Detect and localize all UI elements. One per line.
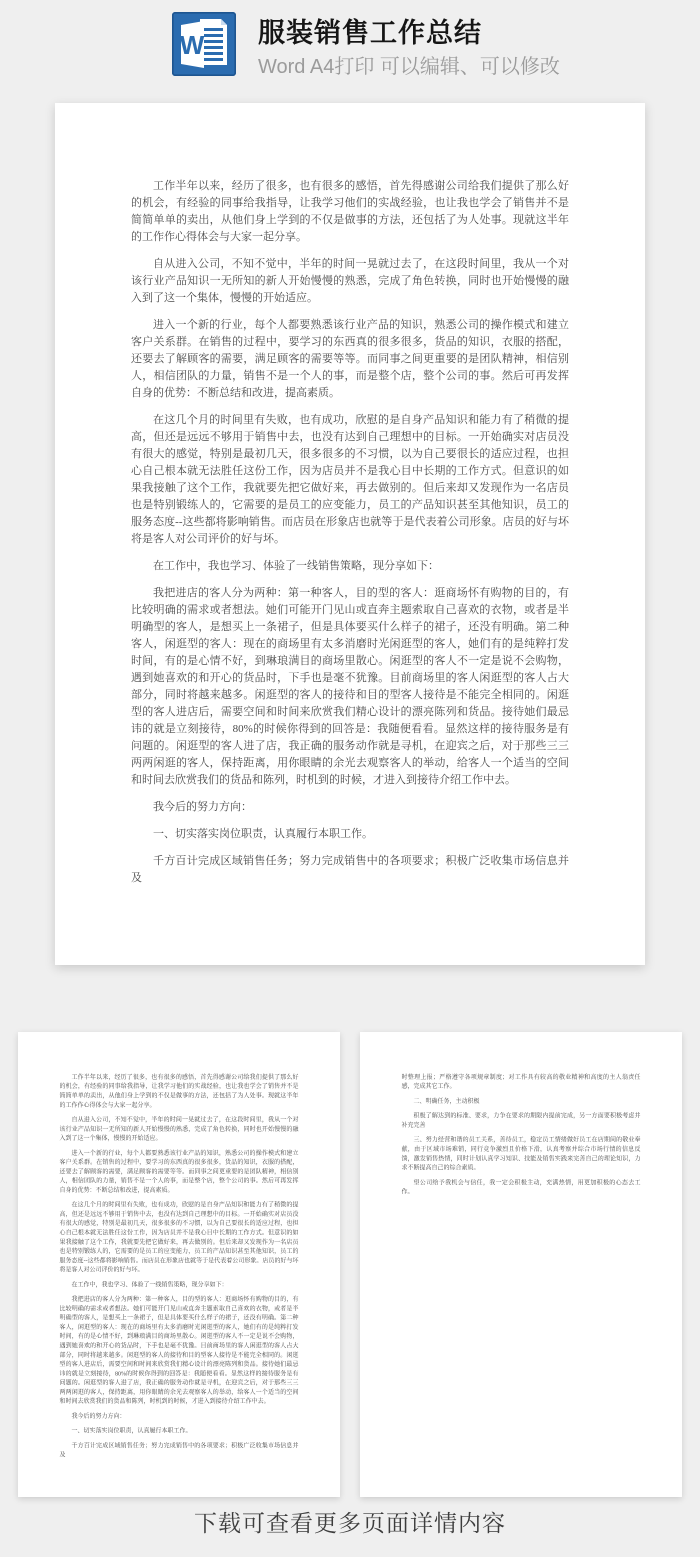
thumbnail-page-2-inner: 时整理上报；严格遵守各项规章制度；对工作具有较高的敬业精神和高度的主人翁责任感，… xyxy=(360,1032,682,1224)
word-icon-letter: W xyxy=(180,30,205,60)
doc-paragraph: 在工作中，我也学习、体验了一线销售策略，现分享如下： xyxy=(59,1280,298,1289)
doc-paragraph: 自从进入公司，不知不觉中，半年的时间一晃就过去了，在这段时间里，我从一个对该行业… xyxy=(59,1116,298,1144)
document-subtitle: Word A4打印 可以编辑、可以修改 xyxy=(258,55,560,79)
doc-paragraph: 二、明确任务，主动积极 xyxy=(401,1097,640,1106)
doc-paragraph: 自从进入公司，不知不觉中，半年的时间一晃就过去了，在这段时间里，我从一个对该行业… xyxy=(131,256,569,307)
footer-note: 下载可查看更多页面详情内容 xyxy=(0,1508,700,1538)
thumbnail-page-1-content: 工作半年以来，经历了很多，也有很多的感悟，首先得感谢公司给我们提供了那么好的机会… xyxy=(18,1032,340,1487)
doc-paragraph: 积极了解达到的标准、要求，力争在要求的期限内提前完成，另一方面要积极考虑并补充完… xyxy=(401,1112,640,1131)
doc-paragraph: 我把进店的客人分为两种：第一种客人，目的型的客人：逛商场怀有购物的目的，有比较明… xyxy=(131,585,569,789)
doc-paragraph: 工作半年以来，经历了很多，也有很多的感悟，首先得感谢公司给我们提供了那么好的机会… xyxy=(131,178,569,246)
thumbnail-page-1-inner: 工作半年以来，经历了很多，也有很多的感悟，首先得感谢公司给我们提供了那么好的机会… xyxy=(18,1032,340,1487)
doc-paragraph: 一、切实落实岗位职责，认真履行本职工作。 xyxy=(59,1427,298,1436)
document-preview-page-1[interactable]: 工作半年以来，经历了很多，也有很多的感悟，首先得感谢公司给我们提供了那么好的机会… xyxy=(55,103,645,965)
doc-paragraph: 我今后的努力方向： xyxy=(131,799,569,816)
page-thumbnails: 工作半年以来，经历了很多，也有很多的感悟，首先得感谢公司给我们提供了那么好的机会… xyxy=(0,1032,700,1497)
header-text: 服装销售工作总结 Word A4打印 可以编辑、可以修改 xyxy=(258,12,560,79)
thumbnail-page-2[interactable]: 时整理上报；严格遵守各项规章制度；对工作具有较高的敬业精神和高度的主人翁责任感，… xyxy=(360,1032,682,1497)
doc-paragraph: 进入一个新的行业，每个人都要熟悉该行业产品的知识，熟悉公司的操作模式和建立客户关… xyxy=(59,1149,298,1195)
doc-paragraph: 我今后的努力方向： xyxy=(59,1412,298,1421)
doc-paragraph: 千方百计完成区域销售任务；努力完成销售中的各项要求；积极广泛收集市场信息并及 xyxy=(59,1441,298,1460)
doc-paragraph: 在这几个月的时间里有失败，也有成功，欣慰的是自身产品知识和能力有了稍微的提高，但… xyxy=(131,412,569,548)
doc-paragraph: 一、切实落实岗位职责，认真履行本职工作。 xyxy=(131,826,569,843)
thumbnail-page-2-content: 时整理上报；严格遵守各项规章制度；对工作具有较高的敬业精神和高度的主人翁责任感，… xyxy=(360,1032,682,1224)
thumbnail-page-1[interactable]: 工作半年以来，经历了很多，也有很多的感悟，首先得感谢公司给我们提供了那么好的机会… xyxy=(18,1032,340,1497)
doc-paragraph: 千方百计完成区域销售任务；努力完成销售中的各项要求；积极广泛收集市场信息并及 xyxy=(131,853,569,887)
document-title: 服装销售工作总结 xyxy=(258,18,560,48)
preview-page: W 服装销售工作总结 Word A4打印 可以编辑、可以修改 工作半年以来，经历… xyxy=(0,0,700,1557)
doc-paragraph: 时整理上报；严格遵守各项规章制度；对工作具有较高的敬业精神和高度的主人翁责任感，… xyxy=(401,1073,640,1092)
doc-paragraph: 望公司给予我机会与信任，我一定会积极主动，充满热情，用更加积极的心态去工作。 xyxy=(401,1178,640,1197)
doc-paragraph: 我把进店的客人分为两种：第一种客人，目的型的客人：逛商场怀有购物的目的，有比较明… xyxy=(59,1295,298,1406)
header: W 服装销售工作总结 Word A4打印 可以编辑、可以修改 xyxy=(172,12,560,79)
page-1-content: 工作半年以来，经历了很多，也有很多的感悟，首先得感谢公司给我们提供了那么好的机会… xyxy=(55,103,645,937)
doc-paragraph: 在这几个月的时间里有失败，也有成功，欣慰的是自身产品知识和能力有了稍微的提高，但… xyxy=(59,1201,298,1275)
doc-paragraph: 工作半年以来，经历了很多，也有很多的感悟，首先得感谢公司给我们提供了那么好的机会… xyxy=(59,1073,298,1110)
word-file-icon: W xyxy=(172,12,236,76)
word-logo-icon: W xyxy=(172,12,236,76)
doc-paragraph: 进入一个新的行业，每个人都要熟悉该行业产品的知识，熟悉公司的操作模式和建立客户关… xyxy=(131,317,569,402)
doc-paragraph: 三、努力经营和谐的员工关系，善待员工，稳定员工情绪做好员工在店期间的敬业奉献，由… xyxy=(401,1136,640,1173)
doc-paragraph: 在工作中，我也学习、体验了一线销售策略，现分享如下： xyxy=(131,558,569,575)
